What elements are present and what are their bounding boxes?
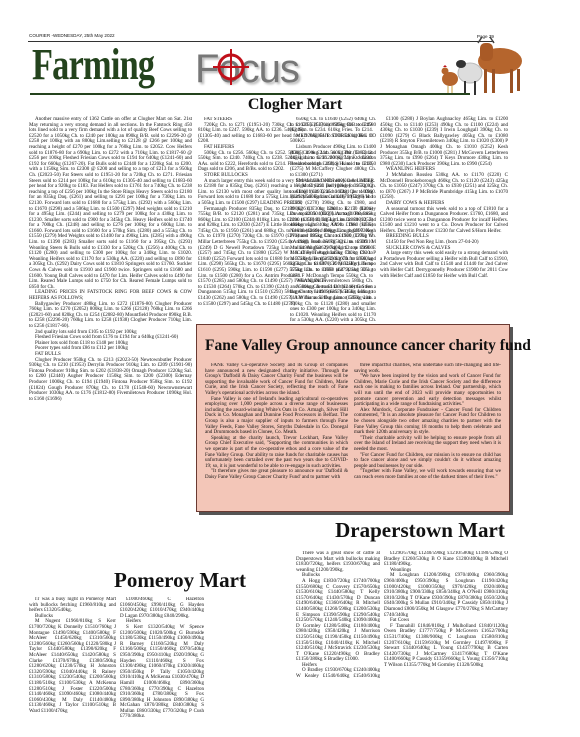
- sheep-icon: [456, 60, 482, 95]
- fane-valley-article: Fane Valley Group announce cancer charit…: [196, 324, 510, 512]
- clogher-col1-heading: LEADING PRICES IN FATSTOCK RING FOR BEEF…: [29, 290, 192, 301]
- masthead-rule: [30, 93, 470, 95]
- cow-icon: [478, 37, 522, 93]
- clogher-paragraph: Lisburn Producer 490kg Lim. to £1400 (£2…: [290, 145, 376, 179]
- clogher-col-1: Another massive entry of 1362 Cattle on …: [29, 117, 192, 402]
- masthead: Farming Focus: [30, 41, 496, 94]
- draperstown-paragraph: A Hogg £1830/720kg £1740/700kg £1550/680…: [296, 579, 380, 663]
- draperstown-paragraph: There was a great show of cattle at Drap…: [296, 551, 380, 573]
- pomeroy-paragraph: M Nugent £1960/810kg S Kerr £1700/720kg …: [29, 619, 116, 714]
- fane-valley-paragraph: Fane Valley is one of Ireland's leading …: [205, 397, 348, 436]
- section-title-pomeroy: Pomeroy Mart: [60, 568, 300, 593]
- fane-valley-paragraph: "Their charitable activity will be helpi…: [354, 436, 501, 453]
- pomeroy-paragraph: S Kerr £1320/540kg W Spence £1200/500kg …: [120, 625, 204, 717]
- clogher-paragraph: 650kg Ch. to £1640 (£252) 640kg Ch. to £…: [290, 117, 376, 134]
- fane-valley-paragraph: "We have been inspired by the vision and…: [354, 374, 501, 408]
- fane-valley-paragraph: "It therefore gives me great pleasure to…: [205, 469, 348, 480]
- fane-valley-paragraph: Alex Murdock, Corporate Fundraiser - Can…: [354, 408, 501, 436]
- clogher-paragraph: Clogher Producer 950kg Ch. to £213 (£202…: [29, 358, 192, 403]
- fane-valley-paragraph: "Together with Fane Valley, we will work…: [354, 469, 501, 480]
- clogher-col-3-text: 650kg Ch. to £1640 (£252) 640kg Ch. to £…: [290, 117, 376, 322]
- draperstown-paragraph: M Loughran £1200/390kg £970/400kg £960/3…: [384, 573, 508, 618]
- draperstown-paragraph: £1290/570kg £1240/590kg £1210/580kg £118…: [384, 551, 508, 568]
- clogher-col-4: £1100 (£280) J Boylan Aughnacloy 465kg L…: [380, 117, 508, 279]
- draperstown-col-1: There was a great show of cattle at Drap…: [296, 551, 380, 679]
- pomeroy-paragraph: IT was a busy night in Pomeroy Mart with…: [29, 597, 116, 614]
- clogher-paragraph: A large entry this week sold easily to a…: [380, 251, 508, 279]
- section-title-draperstown: Draperstown Mart: [300, 518, 540, 543]
- farm-animals-illustration: [428, 31, 528, 101]
- fane-valley-paragraph: "For Cancer Fund for Children, our missi…: [354, 453, 501, 470]
- pomeroy-col-2: £1000/460kg C Hazelton £1060/450kg £990/…: [120, 597, 204, 717]
- pomeroy-paragraph: £1000/460kg C Hazelton £1060/450kg £990/…: [120, 597, 204, 619]
- fane-valley-paragraph: FANE Valley Co-operative Society and its…: [205, 363, 348, 397]
- clogher-paragraph: A strong demand in this section for a la…: [290, 285, 376, 322]
- crosshair-icon: [213, 49, 249, 85]
- clogher-paragraph: J McMahon Rosslea 530kg AA. to £1170 (£2…: [380, 173, 508, 201]
- draperstown-col-2: £1290/570kg £1240/590kg £1210/580kg £118…: [384, 551, 508, 679]
- fane-valley-paragraph: Speaking at the charity launch, Trevor L…: [205, 436, 348, 470]
- masthead-title-farming: Farming: [32, 39, 154, 90]
- hen-icon: [442, 65, 459, 94]
- draperstown-paragraph: F Tannahill £1846/810kg J Mulholland £18…: [384, 624, 508, 669]
- fane-valley-col-1: FANE Valley Co-operative Society and its…: [205, 363, 348, 505]
- clogher-paragraph: A seasonal turnout this week sold to a t…: [380, 207, 508, 235]
- section-title-clogher: Clogher Mart: [210, 96, 380, 114]
- fane-valley-headline: Fane Valley Group announce cancer charit…: [205, 337, 531, 355]
- draperstown-paragraph: O Bradley £1930/670kg £1240/400kg W Keal…: [296, 668, 380, 679]
- clogher-paragraph: Ballygawley Producer 480kg Lim. to £272 …: [29, 302, 192, 330]
- clogher-paragraph: £1100 (£280) J Boylan Aughnacloy 465kg L…: [380, 117, 508, 167]
- pomeroy-col-3: [208, 597, 292, 717]
- fane-valley-col-2: three impactful charities, who undertake…: [354, 363, 501, 505]
- pomeroy-col-1: IT was a busy night in Pomeroy Mart with…: [29, 597, 116, 717]
- publication-dateline: COURIER -WEDNESDAY, 25th May 2022: [29, 33, 115, 38]
- clogher-intro: Another massive entry of 1362 Cattle on …: [29, 117, 192, 290]
- clogher-paragraph: V McCrystal Ballygawley 395kg Ch. to £11…: [290, 184, 376, 279]
